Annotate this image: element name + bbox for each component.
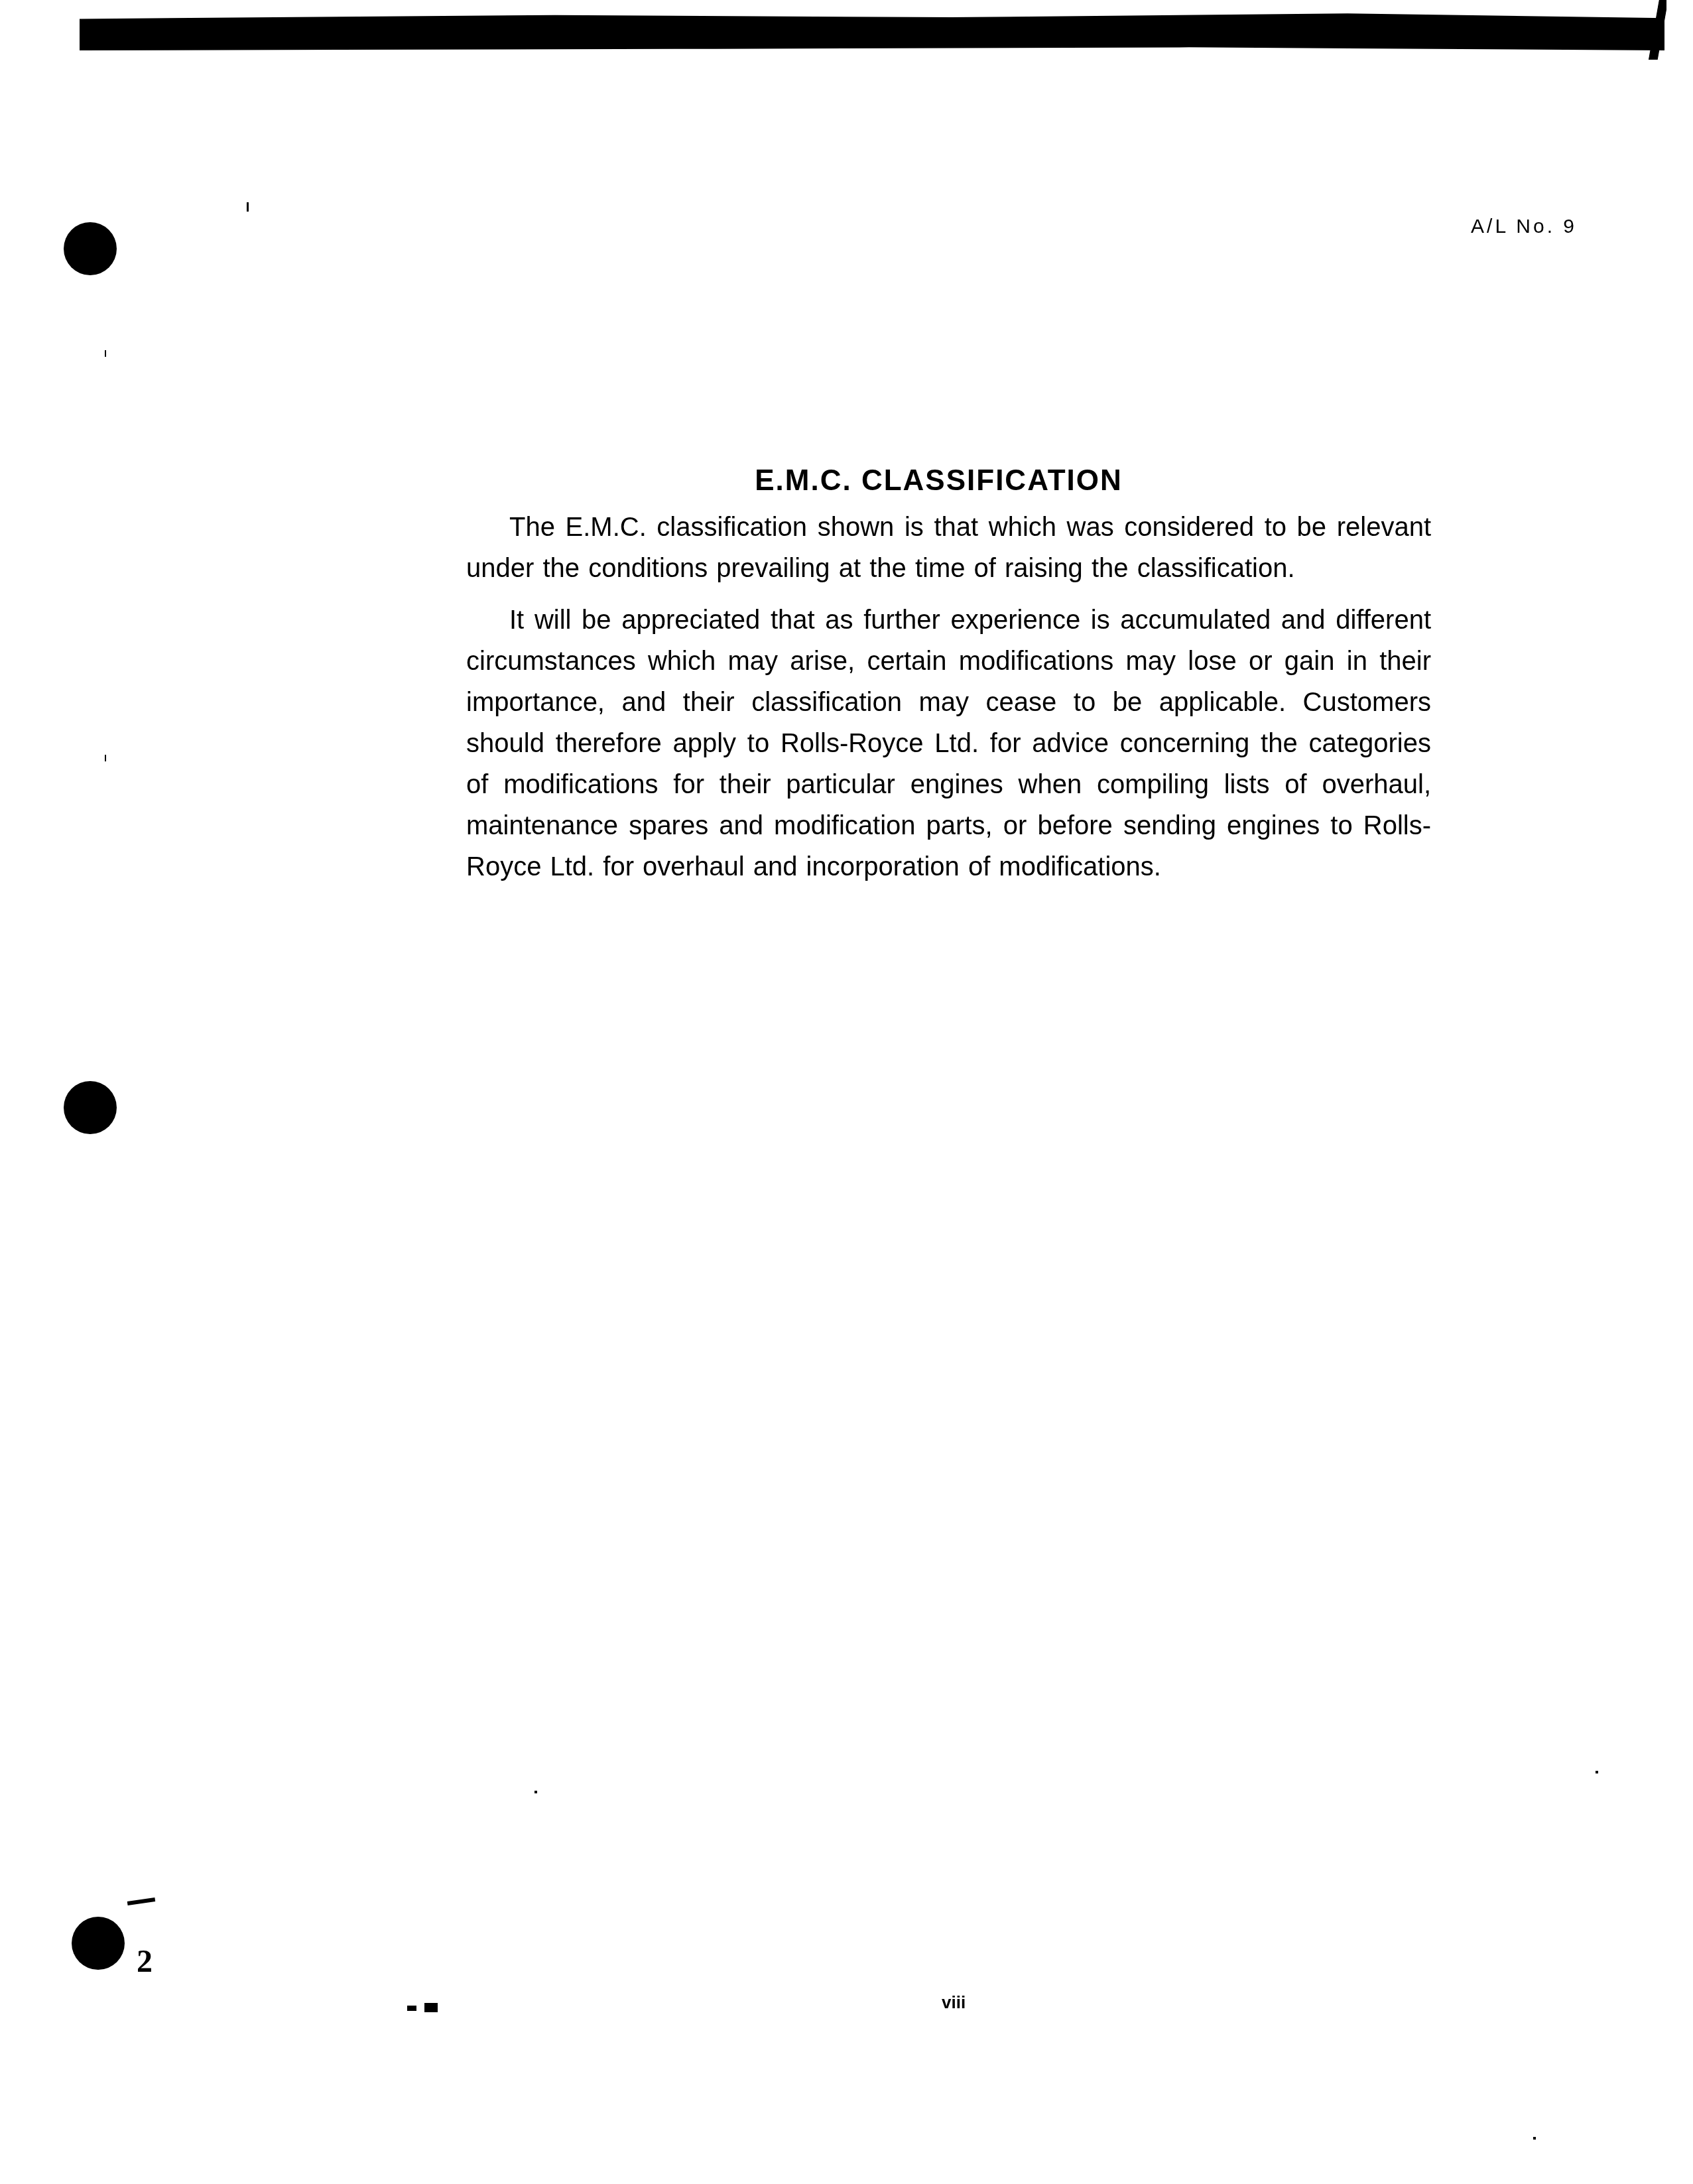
section-title: E.M.C. CLASSIFICATION — [466, 464, 1431, 497]
document-reference: A/L No. 9 — [1471, 216, 1577, 238]
section-content: E.M.C. CLASSIFICATION The E.M.C. classif… — [466, 464, 1431, 898]
paragraph-1: The E.M.C. classification shown is that … — [466, 507, 1431, 589]
punch-hole-bottom — [72, 1917, 125, 1970]
scan-speck — [1596, 1771, 1598, 1773]
scan-speck — [105, 755, 106, 761]
punch-hole-middle — [64, 1081, 117, 1134]
scan-speck — [424, 2003, 438, 2012]
scan-speck — [1533, 2137, 1536, 2140]
margin-number: 2 — [137, 1943, 153, 1980]
scan-speck — [105, 350, 106, 357]
punch-hole-top — [64, 222, 117, 275]
scan-speck — [407, 2006, 416, 2011]
paragraph-2: It will be appreciated that as further e… — [466, 600, 1431, 887]
scan-speck — [534, 1791, 537, 1793]
scan-speck — [247, 202, 249, 212]
scan-edge-mark — [1647, 0, 1666, 60]
scan-speck — [127, 1897, 155, 1905]
page-number: viii — [942, 1992, 966, 2013]
scan-edge-band — [80, 12, 1664, 50]
